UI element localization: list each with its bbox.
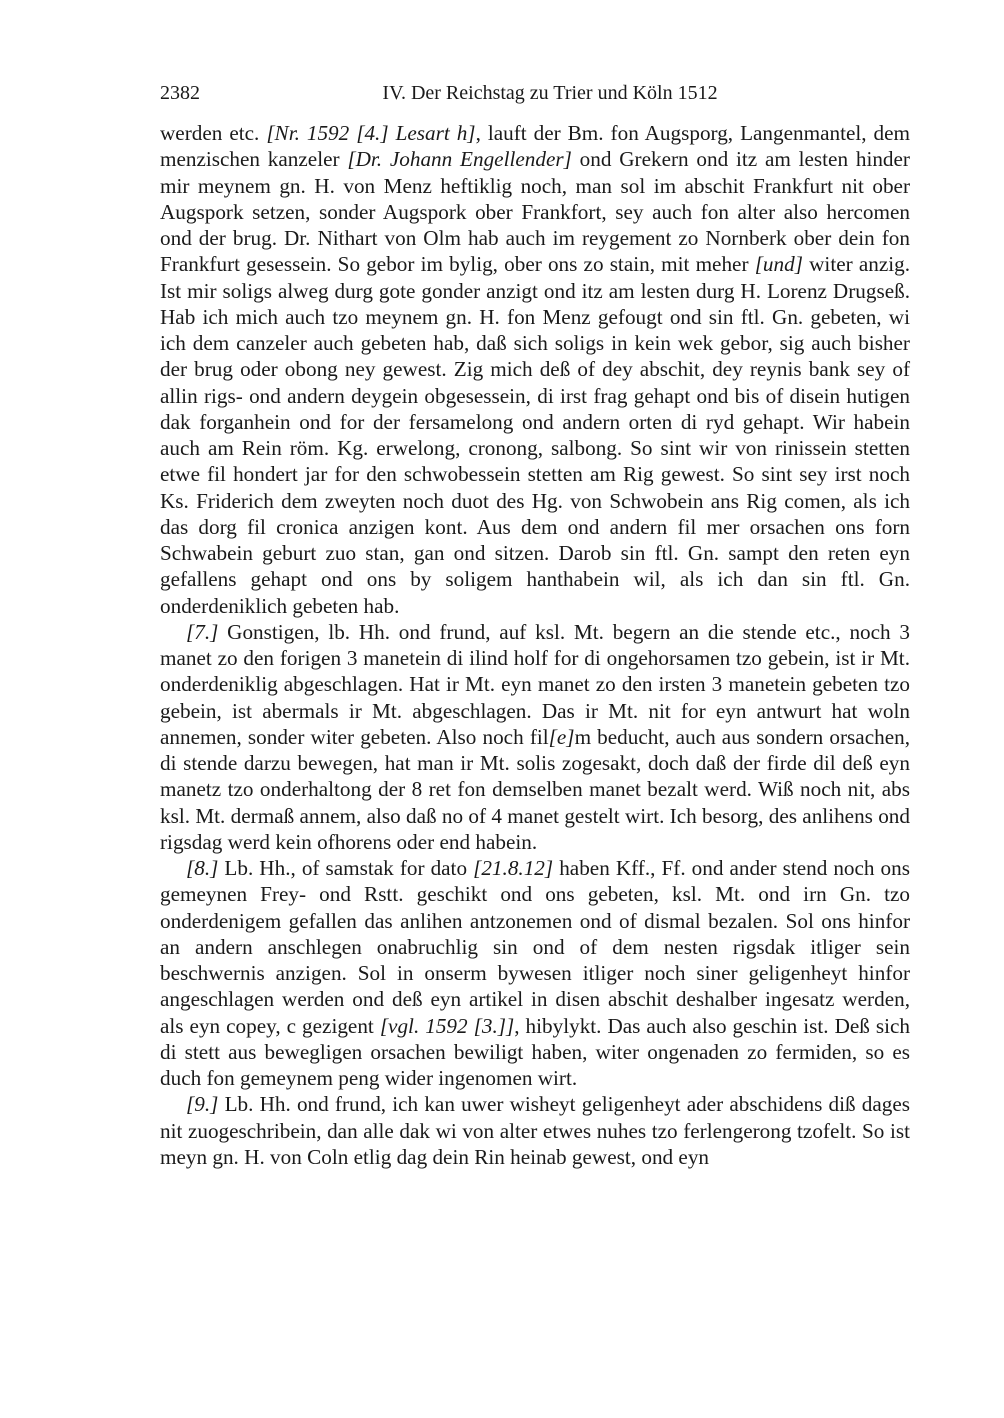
text-segment: werden etc. (160, 121, 266, 145)
editorial-reference: [vgl. 1592 [3.]] (380, 1014, 514, 1038)
paragraph-section-9: [9.] Lb. Hh. ond frund, ich kan uwer wis… (160, 1091, 910, 1170)
running-head: 2382 IV. Der Reichstag zu Trier und Köln… (160, 78, 910, 108)
document-page: 2382 IV. Der Reichstag zu Trier und Köln… (160, 78, 910, 1170)
text-segment: Lb. Hh., of samstak for dato (218, 856, 473, 880)
paragraph-section-8: [8.] Lb. Hh., of samstak for dato [21.8.… (160, 855, 910, 1091)
section-number: [8.] (186, 856, 218, 880)
section-number: [7.] (186, 620, 218, 644)
editorial-insertion: [und] (755, 252, 803, 276)
editorial-note-name: [Dr. Johann Engellender] (347, 147, 572, 171)
section-number: [9.] (186, 1092, 218, 1116)
editorial-insertion: [e] (549, 725, 575, 749)
body-text: werden etc. [Nr. 1592 [4.] Lesart h], la… (160, 120, 910, 1170)
text-segment: Lb. Hh. ond frund, ich kan uwer wisheyt … (160, 1092, 910, 1169)
text-segment: haben Kff., Ff. ond ander stend noch ons… (160, 856, 910, 1038)
paragraph-section-7: [7.] Gonstigen, lb. Hh. ond frund, auf k… (160, 619, 910, 855)
running-title: IV. Der Reichstag zu Trier und Köln 1512 (160, 78, 910, 108)
editorial-date: [21.8.12] (473, 856, 553, 880)
paragraph-continued: werden etc. [Nr. 1592 [4.] Lesart h], la… (160, 120, 910, 619)
editorial-reference: [Nr. 1592 [4.] Lesart h] (266, 121, 475, 145)
text-segment: witer anzig. Ist mir soligs alweg durg g… (160, 252, 910, 617)
